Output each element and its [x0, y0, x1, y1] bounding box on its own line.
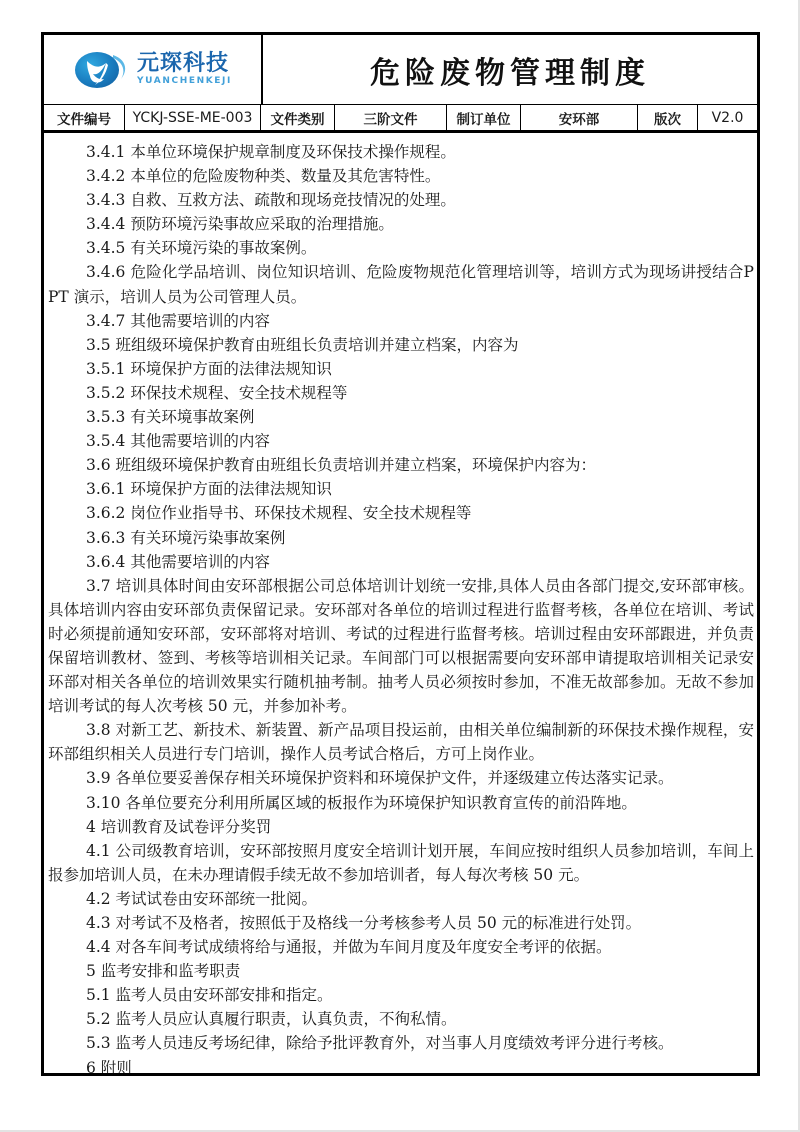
doc-paragraph: 3.10 各单位要充分利用所属区域的板报作为环境保护知识教育宣传的前沿阵地。	[48, 791, 754, 815]
brand-text: 元琛科技 YUANCHENKEJI	[137, 53, 232, 86]
doc-paragraph: 3.5.2 环保技术规程、安全技术规程等	[48, 381, 754, 405]
doc-header: 元琛科技 YUANCHENKEJI 危险废物管理制度	[44, 35, 757, 105]
doc-paragraph: 3.4.4 预防环境污染事故应采取的治理措施。	[48, 212, 754, 236]
doc-paragraph: 3.4.1 本单位环境保护规章制度及环保技术操作规程。	[48, 140, 754, 164]
doc-paragraph: 3.6.4 其他需要培训的内容	[48, 550, 754, 574]
yuanchen-logo-icon	[73, 49, 129, 91]
meta-label-file-category: 文件类别	[271, 108, 325, 128]
doc-paragraph: 3.6.1 环境保护方面的法律法规知识	[48, 477, 754, 501]
meta-value-file-category: 三阶文件	[364, 108, 418, 128]
doc-paragraph: 4.2 考试试卷由安环部统一批阅。	[48, 887, 754, 911]
meta-label-issuing-unit: 制订单位	[457, 108, 511, 128]
doc-paragraph: 3.5.4 其他需要培训的内容	[48, 429, 754, 453]
document-page: { "header": { "logo": { "icon": "yuanche…	[0, 0, 800, 1132]
doc-paragraph: 3.4.2 本单位的危险废物种类、数量及其危害特性。	[48, 164, 754, 188]
doc-paragraph: 3.6 班组级环境保护教育由班组长负责培训并建立档案，环境保护内容为：	[48, 453, 754, 477]
doc-paragraph: 3.4.3 自救、互救方法、疏散和现场竞技情况的处理。	[48, 188, 754, 212]
title-cell: 危险废物管理制度	[263, 35, 757, 104]
doc-paragraph: 3.4.7 其他需要培训的内容	[48, 309, 754, 333]
doc-paragraph: 3.7 培训具体时间由安环部根据公司总体培训计划统一安排,具体人员由各部门提交,…	[48, 574, 754, 719]
brand-name-en: YUANCHENKEJI	[137, 77, 232, 86]
doc-paragraph: 5.3 监考人员违反考场纪律，除给予批评教育外，对当事人月度绩效考评分进行考核。	[48, 1031, 754, 1055]
doc-paragraph: 3.4.6 危险化学品培训、岗位知识培训、危险废物规范化管理培训等，培训方式为现…	[48, 260, 754, 308]
doc-paragraph: 3.5.1 环境保护方面的法律法规知识	[48, 357, 754, 381]
doc-paragraph: 3.6.2 岗位作业指导书、环保技术规程、安全技术规程等	[48, 501, 754, 525]
doc-paragraph: 4 培训教育及试卷评分奖罚	[48, 815, 754, 839]
company-logo: 元琛科技 YUANCHENKEJI	[44, 35, 263, 104]
doc-paragraph: 4.1 公司级教育培训，安环部按照月度安全培训计划开展，车间应按时组织人员参加培…	[48, 839, 754, 887]
doc-paragraph: 3.5 班组级环境保护教育由班组长负责培训并建立档案，内容为	[48, 333, 754, 357]
doc-paragraph: 5.1 监考人员由安环部安排和指定。	[48, 983, 754, 1007]
meta-value-version: V2.0	[712, 110, 744, 126]
doc-paragraph: 3.9 各单位要妥善保存相关环境保护资料和环境保护文件，并逐级建立传达落实记录。	[48, 766, 754, 790]
doc-title: 危险废物管理制度	[370, 48, 650, 92]
doc-paragraph: 3.6.3 有关环境污染事故案例	[48, 526, 754, 550]
doc-paragraph: 3.8 对新工艺、新技术、新装置、新产品项目投运前，由相关单位编制新的环保技术操…	[48, 718, 754, 766]
doc-paragraph: 5.2 监考人员应认真履行职责，认真负责，不徇私情。	[48, 1007, 754, 1031]
meta-value-file-number: YCKJ-SSE-ME-003	[133, 110, 253, 126]
doc-meta-row: 文件编号 YCKJ-SSE-ME-003 文件类别 三阶文件 制订单位 安环部 …	[44, 105, 757, 133]
doc-paragraph: 4.3 对考试不及格者，按照低于及格线一分考核参考人员 50 元的标准进行处罚。	[48, 911, 754, 935]
doc-body: 3.4.1 本单位环境保护规章制度及环保技术操作规程。 3.4.2 本单位的危险…	[44, 133, 757, 1073]
brand-name-cn: 元琛科技	[137, 53, 232, 75]
doc-paragraph: 3.4.5 有关环境污染的事故案例。	[48, 236, 754, 260]
doc-paragraph: 3.5.3 有关环境事故案例	[48, 405, 754, 429]
doc-frame: 元琛科技 YUANCHENKEJI 危险废物管理制度 文件编号 YCKJ-SSE…	[41, 32, 760, 1076]
meta-value-issuing-unit: 安环部	[559, 108, 600, 128]
doc-paragraph: 6 附则	[48, 1056, 754, 1073]
doc-paragraph: 4.4 对各车间考试成绩将给与通报，并做为车间月度及年度安全考评的依据。	[48, 935, 754, 959]
meta-label-version: 版次	[654, 108, 681, 128]
meta-label-file-number: 文件编号	[57, 108, 111, 128]
doc-paragraph: 5 监考安排和监考职责	[48, 959, 754, 983]
